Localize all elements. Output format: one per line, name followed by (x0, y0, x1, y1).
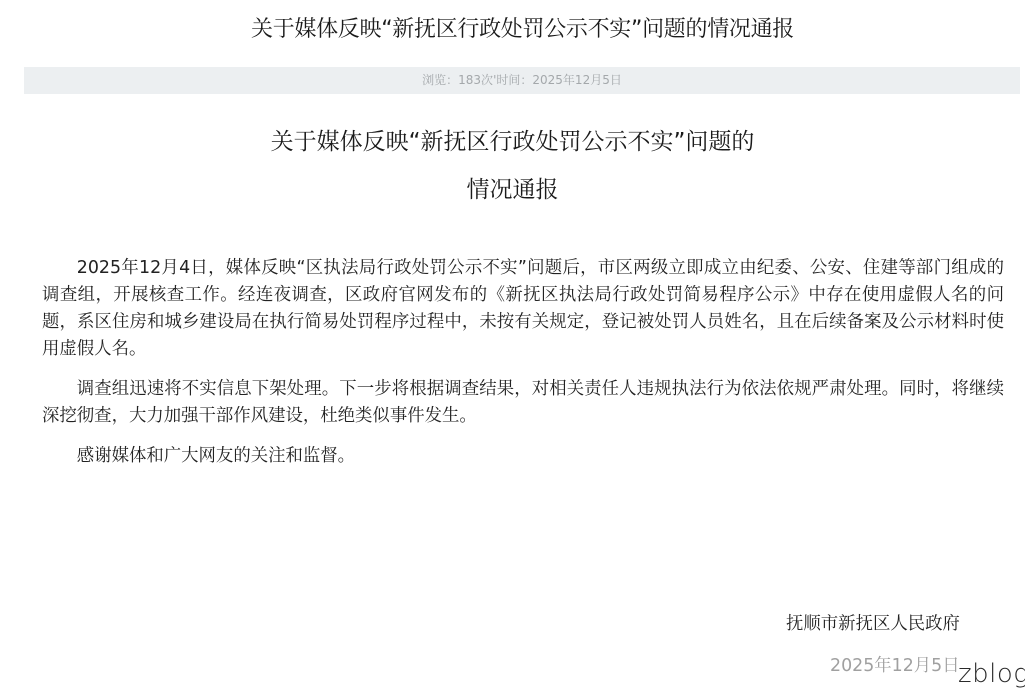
article-paragraph: 调查组迅速将不实信息下架处理。下一步将根据调查结果，对相关责任人违规执法行为依法… (42, 376, 1004, 430)
article-title: 关于媒体反映“新抚区行政处罚公示不实”问题的 情况通报 (0, 118, 1025, 214)
views-count: 183次 (458, 73, 493, 87)
article-body: 2025年12月4日，媒体反映“区执法局行政处罚公示不实”问题后，市区两级立即成… (42, 255, 1004, 483)
publish-date: 2025年12月5日 (532, 73, 621, 87)
page-title: 关于媒体反映“新抚区行政处罚公示不实”问题的情况通报 (0, 13, 1025, 47)
views-label: 浏览： (422, 73, 458, 87)
article-title-line-1: 关于媒体反映“新抚区行政处罚公示不实”问题的 (0, 118, 1025, 166)
article-meta-bar: 浏览：183次'时间：2025年12月5日 (24, 67, 1020, 94)
signature-date: 2025年12月5日 (830, 654, 960, 678)
watermark: zblog (958, 659, 1025, 689)
article-paragraph: 感谢媒体和广大网友的关注和监督。 (42, 443, 1004, 470)
issuer-signature: 抚顺市新抚区人民政府 (786, 612, 960, 636)
article-title-line-2: 情况通报 (0, 166, 1025, 214)
article-paragraph: 2025年12月4日，媒体反映“区执法局行政处罚公示不实”问题后，市区两级立即成… (42, 255, 1004, 363)
time-label: 时间： (496, 73, 532, 87)
